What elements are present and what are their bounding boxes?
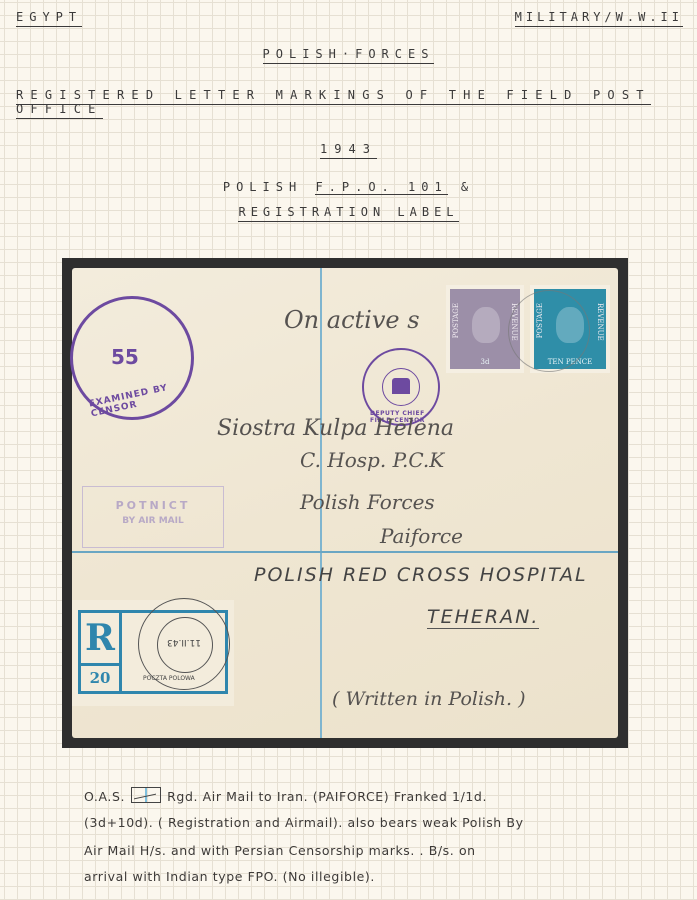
note-line-2: (3d+10d). ( Registration and Airmail). a… <box>84 815 524 830</box>
page-title-text: POLISH·FORCES <box>263 47 435 64</box>
heading-prefix: POLISH <box>223 180 302 194</box>
note-line-4: arrival with Indian type FPO. (No illegi… <box>84 869 375 884</box>
envelope: 55 EXAMINED BY CENSOR On active s DEPUTY… <box>72 268 618 738</box>
address-line-2: C. Hosp. P.C.K <box>300 448 444 472</box>
address-line-4: Paiforce <box>380 524 463 548</box>
field-censor-inner-ring <box>382 368 420 406</box>
king-portrait-icon <box>472 307 500 343</box>
year-heading: 1943 <box>0 142 697 156</box>
section-heading-line2: REGISTRATION LABEL <box>0 205 697 219</box>
censor-handstamp: 55 EXAMINED BY CENSOR <box>70 296 194 420</box>
address-line-1: Siostra Kulpa Helena <box>217 416 454 441</box>
year-text: 1943 <box>320 142 377 159</box>
cover-mount: 55 EXAMINED BY CENSOR On active s DEPUTY… <box>62 258 628 748</box>
category-text: MILITARY/W.W.II <box>515 10 683 27</box>
note-line-1: O.A.S.Rgd. Air Mail to Iran. (PAIFORCE) … <box>84 787 487 804</box>
fpo-postmark: 11.II.43 POCZTA POLOWA <box>138 598 230 690</box>
registration-letter: R <box>81 613 122 666</box>
page-title: POLISH·FORCES <box>0 47 697 61</box>
registration-number: 20 <box>81 666 122 691</box>
service-note: On active s <box>284 306 420 334</box>
registration-line-horizontal <box>72 551 618 553</box>
postmark-date: 11.II.43 <box>157 637 211 647</box>
category-heading: MILITARY/W.W.II <box>515 10 683 24</box>
country-text: EGYPT <box>16 10 82 27</box>
note-line-1-text: Rgd. Air Mail to Iran. (PAIFORCE) Franke… <box>167 789 487 804</box>
postmark-ring-text: POCZTA POLOWA <box>143 675 195 682</box>
airmail-handstamp: POTNICT BY AIR MAIL <box>82 486 224 548</box>
written-in-polish-note: ( Written in Polish. ) <box>332 688 526 710</box>
note-line-3: Air Mail H/s. and with Persian Censorshi… <box>84 843 476 858</box>
heading-ampersand: & <box>461 180 474 194</box>
stamp-value: 3d <box>450 358 520 366</box>
address-line-3: Polish Forces <box>300 490 435 514</box>
section-heading-line2-text: REGISTRATION LABEL <box>238 205 458 222</box>
page-subtitle-text: REGISTERED LETTER MARKINGS OF THE FIELD … <box>16 88 651 119</box>
airmail-line1: POTNICT <box>83 499 223 512</box>
fpo-number: F.P.O. 101 <box>315 180 447 195</box>
airmail-line2: BY AIR MAIL <box>83 516 223 526</box>
stamp-revenue-text: REVENUE <box>596 303 604 341</box>
destination-city: TEHERAN. <box>427 606 539 629</box>
stamp-postage-text: POSTAGE <box>452 303 460 338</box>
stamp-postmark <box>508 290 590 372</box>
country-heading: EGYPT <box>16 10 82 24</box>
destination-line: POLISH RED CROSS HOSPITAL <box>254 564 588 586</box>
note-prefix: O.A.S. <box>84 789 125 804</box>
section-heading-line1: POLISH F.P.O. 101 & <box>0 180 697 194</box>
censor-text: EXAMINED BY CENSOR <box>88 379 192 420</box>
airmail-envelope-icon <box>131 787 161 803</box>
page-subtitle: REGISTERED LETTER MARKINGS OF THE FIELD … <box>16 88 697 116</box>
crown-icon <box>392 378 410 394</box>
field-censor-stamp: DEPUTY CHIEF FIELD CENSOR <box>362 348 440 426</box>
censor-number: 55 <box>111 345 139 369</box>
